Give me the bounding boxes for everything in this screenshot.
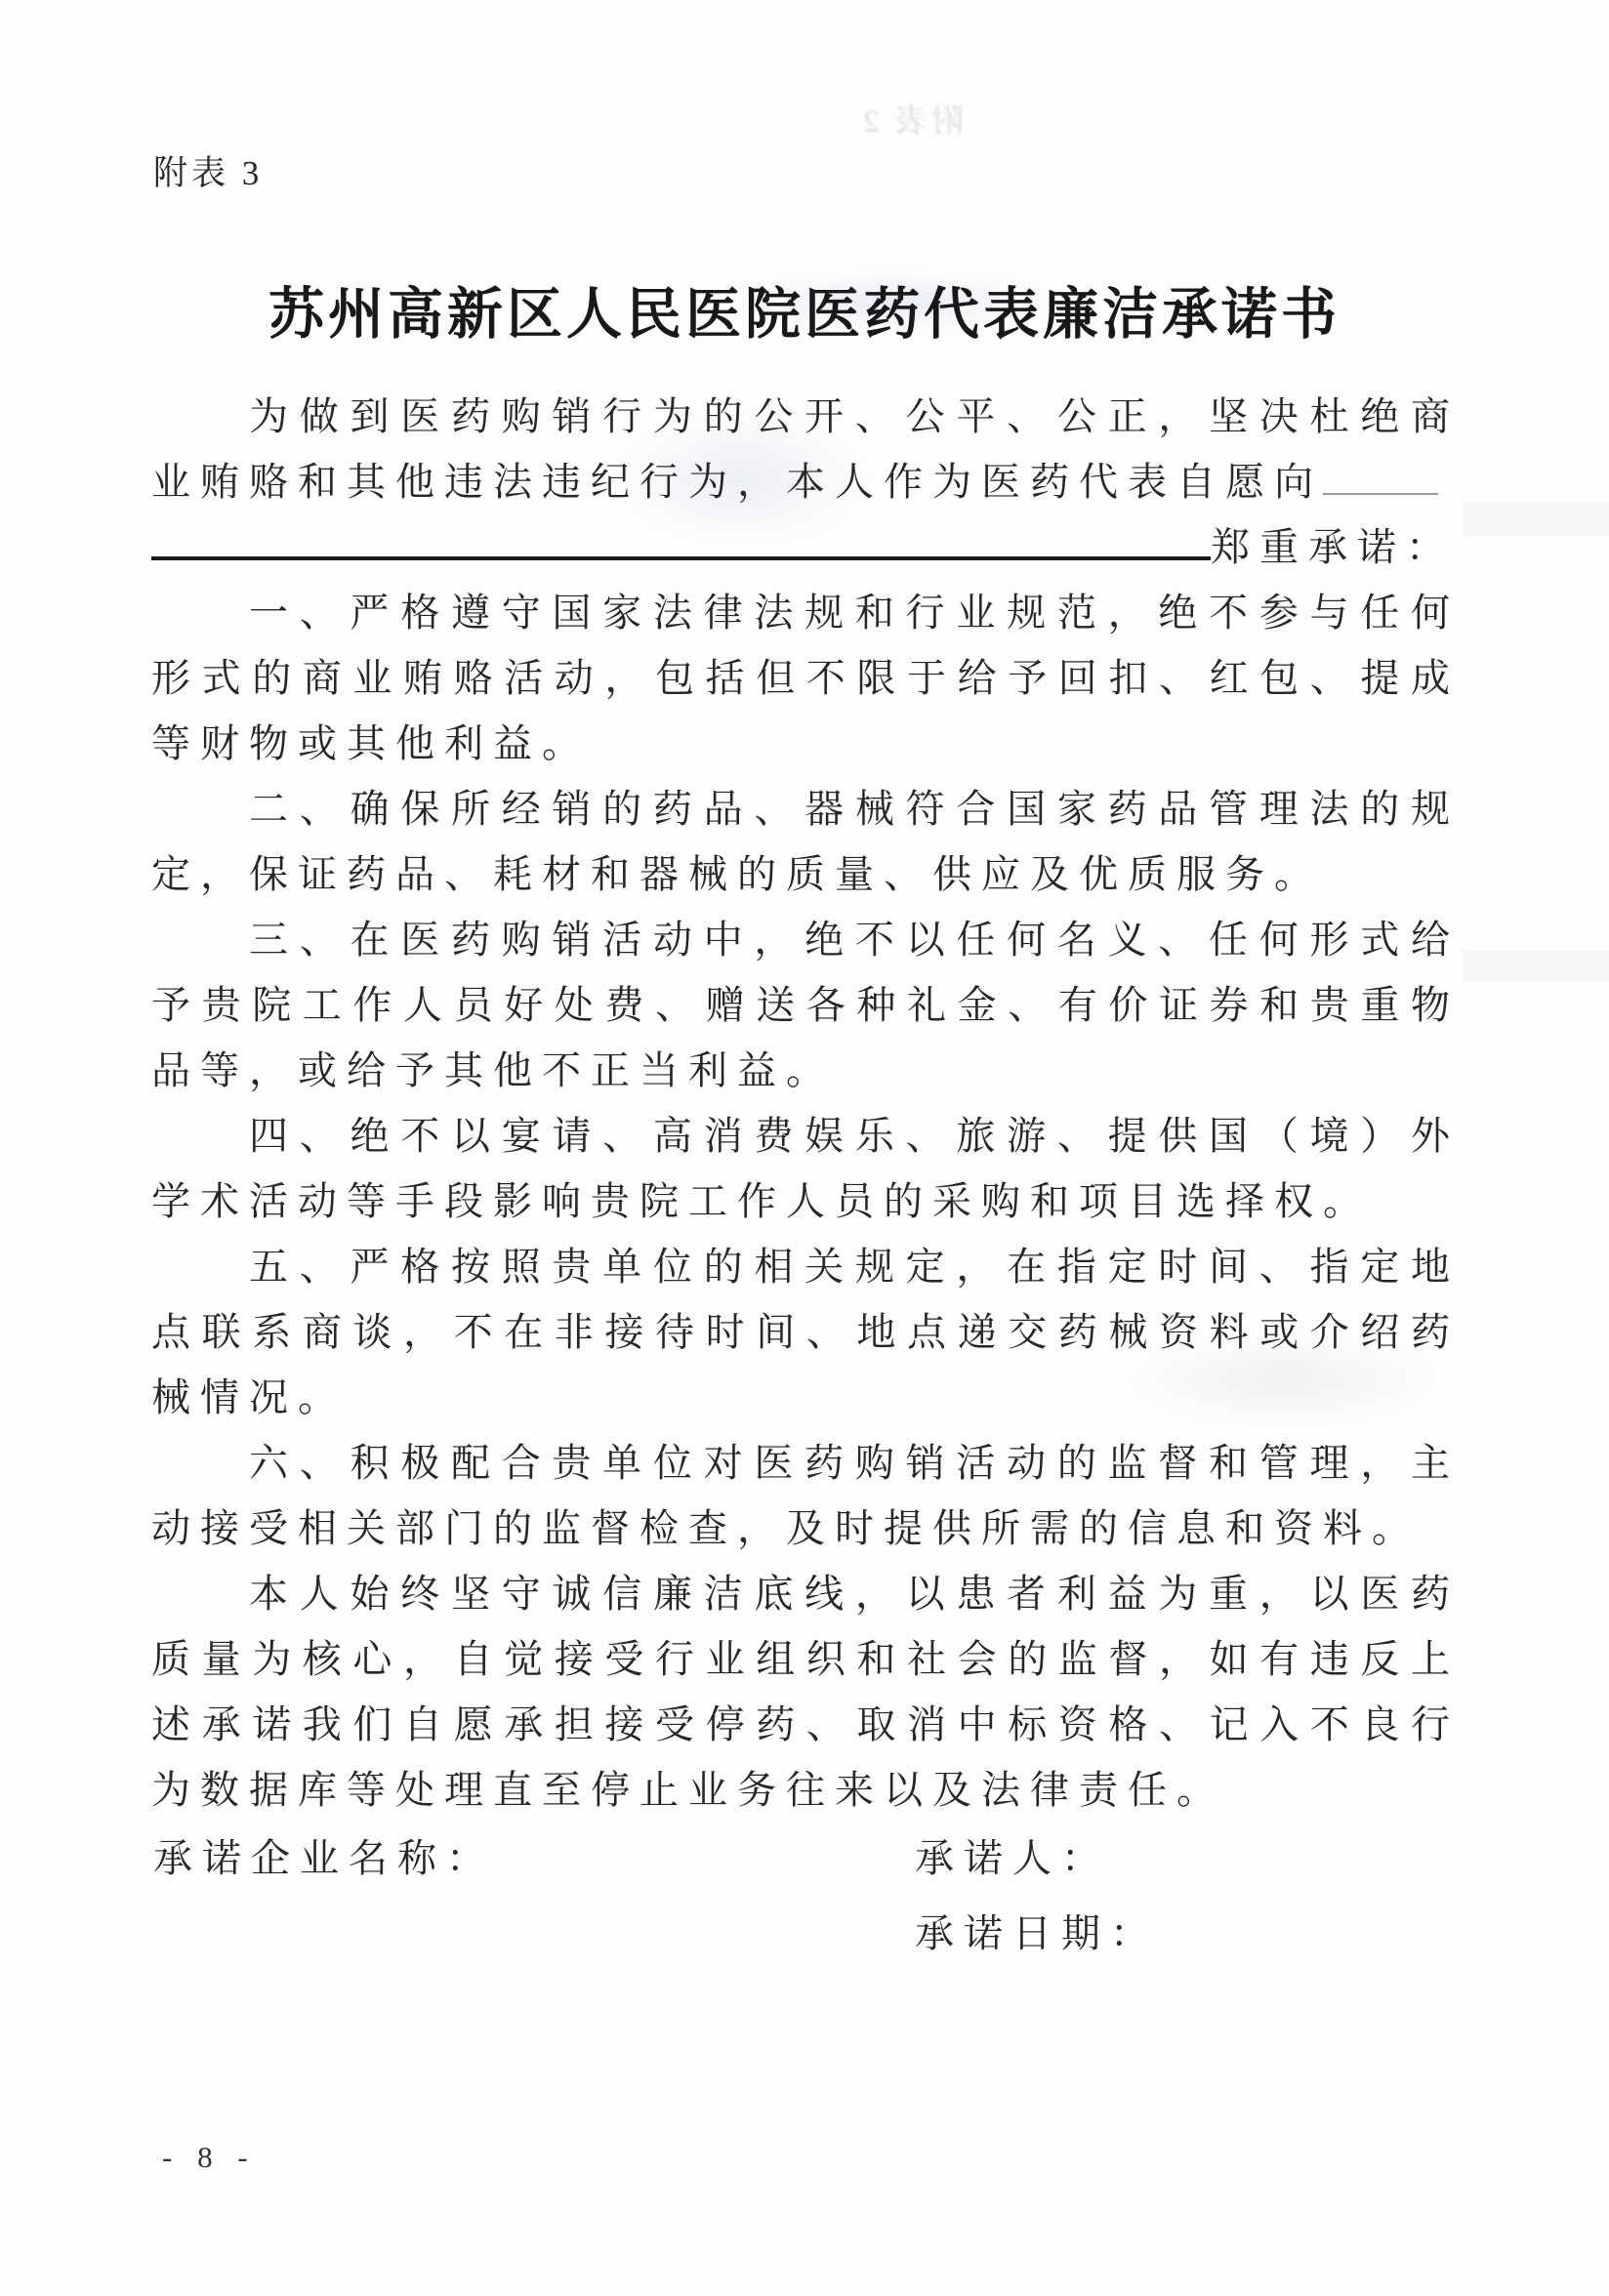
intro-paragraph: 为做到医药购销行为的公开、公平、公正，坚决杜绝商业贿赂和其他违法违纪行为，本人作…: [151, 384, 1460, 580]
scanned-document-page: 附表 2 附表 3 苏州高新区人民医院医药代表廉洁承诺书 为做到医药购销行为的公…: [0, 0, 1609, 2296]
clause-paragraph-1: 一、严格遵守国家法律法规和行业规范，绝不参与任何形式的商业贿赂活动，包括但不限于…: [151, 580, 1460, 776]
promiser-label: 承诺人：: [915, 1827, 1110, 1883]
promise-date-label: 承诺日期：: [915, 1903, 1159, 1958]
clause-paragraph-4: 四、绝不以宴请、高消费娱乐、旅游、提供国（境）外学术活动等手段影响贵院工作人员的…: [151, 1103, 1460, 1234]
document-body: 为做到医药购销行为的公开、公平、公正，坚决杜绝商业贿赂和其他违法违纪行为，本人作…: [151, 384, 1460, 1823]
company-name-label: 承诺企业名称：: [153, 1827, 495, 1883]
page-title: 苏州高新区人民医院医药代表廉洁承诺书: [0, 269, 1609, 349]
clause-paragraph-6: 六、积极配合贵单位对医药购销活动的监督和管理，主动接受相关部门的监督检查，及时提…: [151, 1430, 1460, 1561]
bleedthrough-text: 附表 2: [859, 96, 964, 142]
scan-artifact: [1463, 503, 1609, 536]
intro-text: 为做到医药购销行为的公开、公平、公正，坚决杜绝商业贿赂和其他违法违纪行为，本人作…: [151, 394, 1460, 504]
blank-line-short: [1323, 454, 1438, 495]
signature-block: 承诺企业名称： 承诺人： 承诺日期：: [151, 1827, 1460, 1993]
page-number: - 8 -: [162, 2140, 257, 2175]
clause-paragraph-2: 二、确保所经销的药品、器械符合国家药品管理法的规定，保证药品、耗材和器械的质量、…: [151, 776, 1460, 907]
intro-text-after: 郑重承诺：: [1211, 525, 1455, 569]
blank-line-long: [151, 517, 1211, 560]
scan-artifact: [1463, 952, 1609, 981]
attachment-label: 附表 3: [153, 146, 263, 195]
clause-paragraph-3: 三、在医药购销活动中，绝不以任何名义、任何形式给予贵院工作人员好处费、赠送各种礼…: [151, 907, 1460, 1103]
closing-paragraph: 本人始终坚守诚信廉洁底线，以患者利益为重，以医药质量为核心，自觉接受行业组织和社…: [151, 1561, 1460, 1823]
clause-paragraph-5: 五、严格按照贵单位的相关规定，在指定时间、指定地点联系商谈，不在非接待时间、地点…: [151, 1234, 1460, 1430]
